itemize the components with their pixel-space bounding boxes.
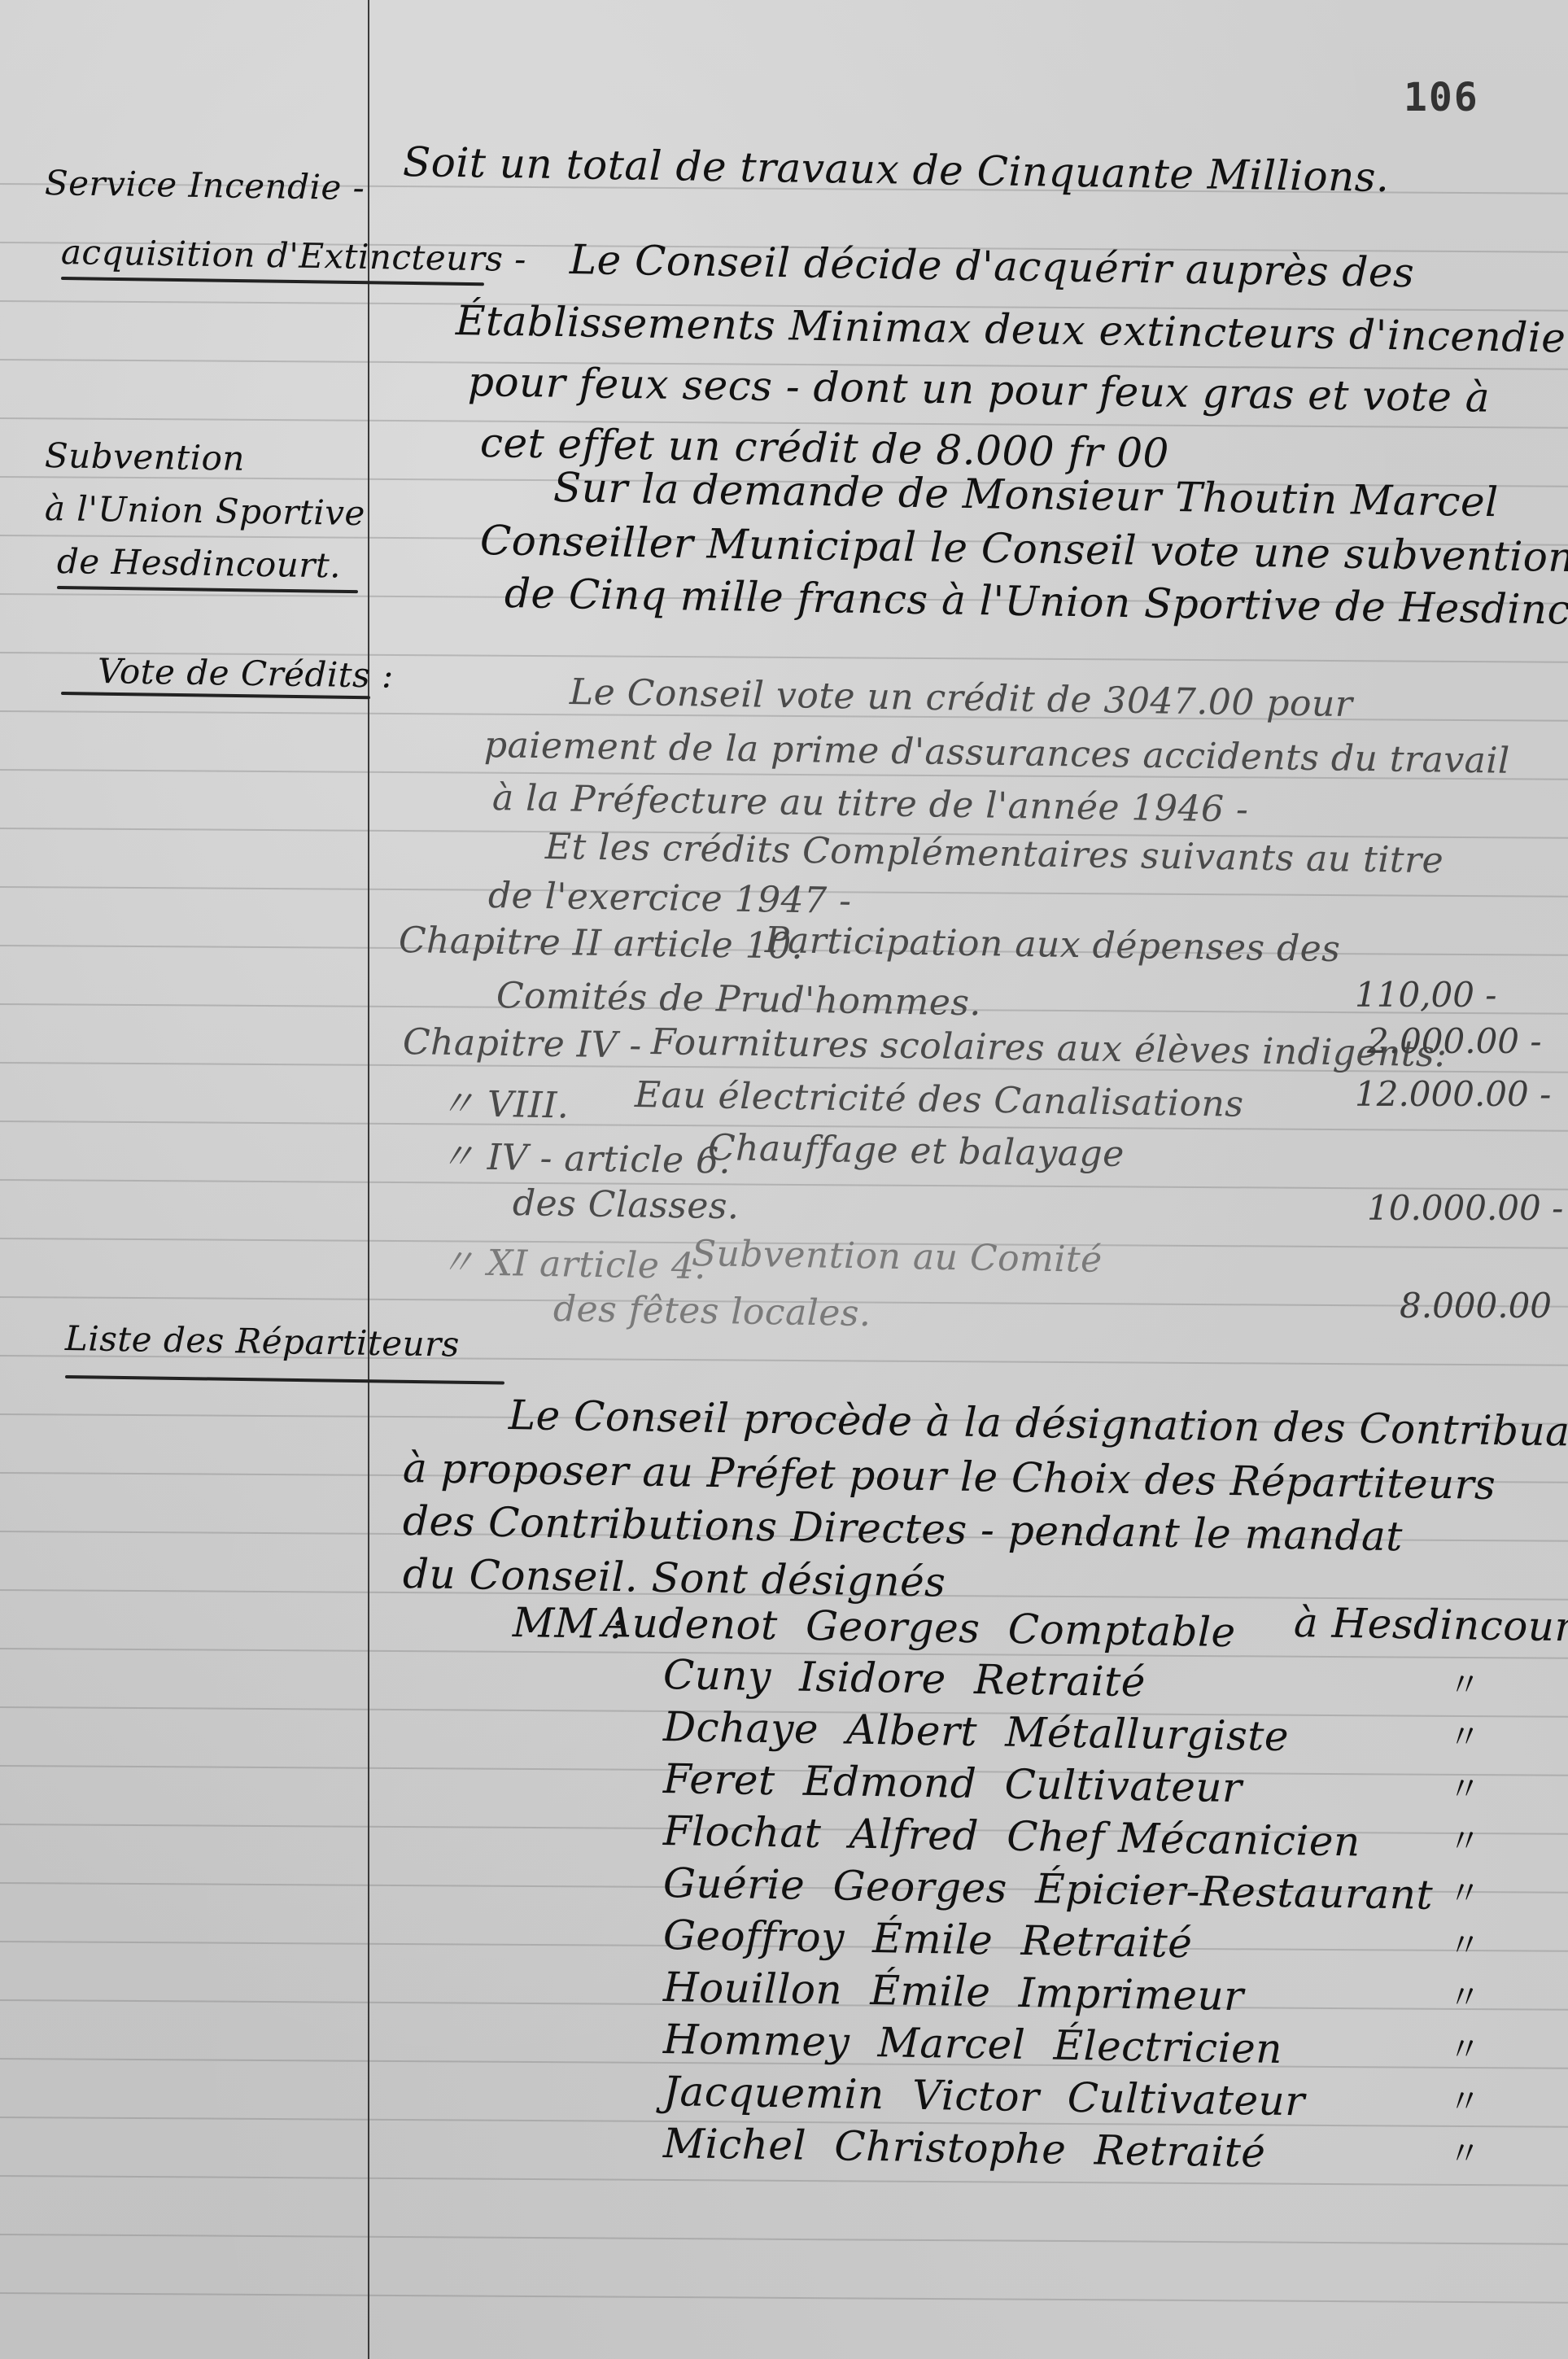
repartiteur-place: 〃 — [1448, 2128, 1481, 2174]
credit-item-amount: 10.000.00 - — [1367, 1188, 1563, 1228]
repartiteur-surname: Geoffroy — [663, 1911, 858, 1962]
credit-item-description: Comités de Prud'hommes. — [496, 975, 982, 1024]
credit-item-amount: 2.000.00 - — [1367, 1021, 1542, 1061]
repartiteur-profession: Électricien — [1053, 2022, 1282, 2073]
credit-item-description: Chauffage et balayage — [708, 1127, 1125, 1175]
repartiteur-row: Feret Edmond Cultivateur — [663, 1755, 1257, 1811]
credit-item-description: Subvention au Comité — [692, 1233, 1103, 1281]
subvention-line: de Cinq mille francs à l'Union Sportive … — [504, 570, 1568, 635]
page-number: 106 — [1404, 75, 1479, 120]
margin-heading-subvention-2: à l'Union Sportive — [45, 488, 366, 533]
repartiteur-firstname: Victor — [912, 2072, 1054, 2121]
repartiteur-surname: Dchaye — [663, 1703, 832, 1753]
repartiteur-surname: Flochat — [663, 1807, 836, 1857]
repartiteur-row: Geoffroy Émile Retraité — [663, 1911, 1208, 1967]
repartiteur-profession: Retraité — [974, 1656, 1147, 1706]
repartiteurs-intro-line: du Conseil. Sont désignés — [403, 1550, 946, 1605]
repartiteur-firstname: Christophe — [834, 2122, 1080, 2173]
repartiteur-surname: Feret — [663, 1755, 789, 1804]
vote-credits-line: de l'exercice 1947 - — [488, 875, 852, 922]
repartiteur-row: Dchaye Albert Métallurgiste — [663, 1703, 1304, 1760]
credit-item-description: des fêtes locales. — [553, 1288, 871, 1335]
underline — [57, 586, 358, 593]
repartiteurs-intro-line: des Contributions Directes - pendant le … — [403, 1497, 1404, 1560]
repartiteur-place: 〃 — [1448, 2024, 1481, 2070]
repartiteur-surname: Audenot — [602, 1599, 792, 1649]
repartiteur-firstname: Edmond — [803, 1758, 991, 1808]
repartiteur-row: Hommey Marcel Électricien — [663, 2016, 1298, 2073]
repartiteur-place: 〃 — [1448, 1659, 1481, 1706]
repartiteur-profession: Comptable — [1007, 1605, 1236, 1656]
repartiteur-place: 〃 — [1448, 1972, 1481, 2018]
underline — [65, 1375, 504, 1385]
repartiteur-profession: Retraité — [1020, 1917, 1193, 1967]
vote-credits-line: Et les crédits Complémentaires suivants … — [545, 826, 1444, 881]
credit-item-amount: 110,00 - — [1355, 975, 1497, 1015]
repartiteur-row: Houillon Émile Imprimeur — [663, 1964, 1259, 2020]
repartiteur-firstname: Alfred — [849, 1811, 992, 1860]
repartiteur-place: 〃 — [1448, 1815, 1481, 1862]
ruled-line — [0, 2292, 1568, 2304]
repartiteur-place: 〃 — [1448, 1920, 1481, 1966]
extincteurs-line: Le Conseil décide d'acquérir auprès des — [570, 236, 1415, 296]
credit-item-chapter: Chapitre II article 10. — [399, 920, 804, 968]
repartiteur-surname: Houillon — [663, 1964, 856, 2014]
repartiteur-surname: Guérie — [663, 1859, 819, 1909]
repartiteur-profession: Métallurgiste — [1005, 1709, 1289, 1760]
ruled-line — [0, 1179, 1568, 1190]
credit-item-amount: 8.000.00 — [1400, 1286, 1552, 1326]
repartiteur-firstname: Émile — [872, 1915, 1007, 1964]
extincteurs-line: Établissements Minimax deux extincteurs … — [456, 297, 1566, 361]
underline — [61, 277, 484, 286]
repartiteur-surname: Hommey — [663, 2016, 864, 2066]
margin-heading-service-incendie: Service Incendie - — [45, 163, 365, 208]
repartiteur-profession: Chef Mécanicien — [1007, 1813, 1361, 1866]
vote-credits-line: à la Préfecture au titre de l'année 1946… — [492, 777, 1249, 831]
repartiteurs-intro-line: Le Conseil procède à la désignation des … — [509, 1391, 1568, 1457]
register-page: 106 Service Incendie - acquisition d'Ext… — [0, 0, 1568, 2359]
credit-item-description: Participation aux dépenses des — [765, 920, 1341, 970]
subvention-line: Sur la demande de Monsieur Thoutin Marce… — [553, 464, 1499, 526]
repartiteur-firstname: Albert — [846, 1706, 991, 1756]
repartiteur-profession: Cultivateur — [1004, 1761, 1243, 1812]
repartiteur-row: Cuny Isidore Retraité — [663, 1651, 1161, 1706]
repartiteur-surname: Cuny — [663, 1651, 785, 1700]
credit-item-chapter: 〃 VIII. — [439, 1074, 569, 1128]
margin-heading-vote-credits: Vote de Crédits : — [98, 651, 394, 696]
margin-heading-subvention-1: Subvention — [45, 435, 246, 478]
repartiteur-place: 〃 — [1448, 1868, 1481, 1914]
credit-item-chapter: 〃 XI article 4. — [439, 1233, 706, 1289]
margin-heading-liste-repartiteurs: Liste des Répartiteurs — [65, 1318, 461, 1365]
repartiteur-firstname: Georges — [806, 1602, 994, 1653]
repartiteur-profession: Cultivateur — [1067, 2074, 1305, 2125]
repartiteur-surname: Michel — [663, 2120, 820, 2169]
margin-heading-acquisition: acquisition d'Extincteurs - — [61, 232, 527, 279]
ruled-line — [0, 2175, 1568, 2186]
repartiteur-place: à Hesdincourt — [1294, 1599, 1568, 1651]
margin-heading-subvention-3: de Hesdincourt. — [57, 541, 342, 585]
repartiteur-firstname: Georges — [832, 1862, 1021, 1912]
credit-item-description: des Classes. — [513, 1182, 740, 1227]
repartiteur-profession: Épicier-Restaurant — [1035, 1865, 1434, 1919]
repartiteur-profession: Retraité — [1094, 2126, 1266, 2176]
repartiteur-firstname: Émile — [870, 1967, 1004, 2016]
credit-item-amount: 12.000.00 - — [1355, 1074, 1551, 1114]
credit-item-chapter: 〃 IV - article 6. — [439, 1127, 731, 1184]
credit-item-chapter: Chapitre IV - — [403, 1021, 642, 1067]
repartiteur-place: 〃 — [1448, 2076, 1481, 2122]
repartiteur-place: 〃 — [1448, 1711, 1481, 1758]
vote-credits-line: Le Conseil vote un crédit de 3047.00 pou… — [570, 671, 1353, 725]
ruled-line — [0, 2234, 1568, 2245]
repartiteur-firstname: Marcel — [877, 2019, 1039, 2068]
total-line: Soit un total de travaux de Cinquante Mi… — [403, 138, 1390, 201]
margin-rule — [368, 0, 369, 2359]
repartiteur-profession: Imprimeur — [1018, 1969, 1244, 2020]
repartiteur-place: 〃 — [1448, 1763, 1481, 1810]
repartiteur-row: Michel Christophe Retraité — [663, 2120, 1281, 2177]
repartiteur-row: Flochat Alfred Chef Mécanicien — [663, 1807, 1376, 1866]
credit-item-description: Eau électricité des Canalisations — [635, 1074, 1244, 1125]
repartiteur-row: Audenot Georges Comptable — [602, 1599, 1251, 1657]
repartiteur-surname: Jacquemin — [663, 2068, 898, 2119]
repartiteur-firstname: Isidore — [799, 1653, 960, 1703]
repartiteur-row: Jacquemin Victor Cultivateur — [663, 2068, 1321, 2125]
repartiteur-row: Guérie Georges Épicier-Restaurant — [663, 1859, 1448, 1919]
